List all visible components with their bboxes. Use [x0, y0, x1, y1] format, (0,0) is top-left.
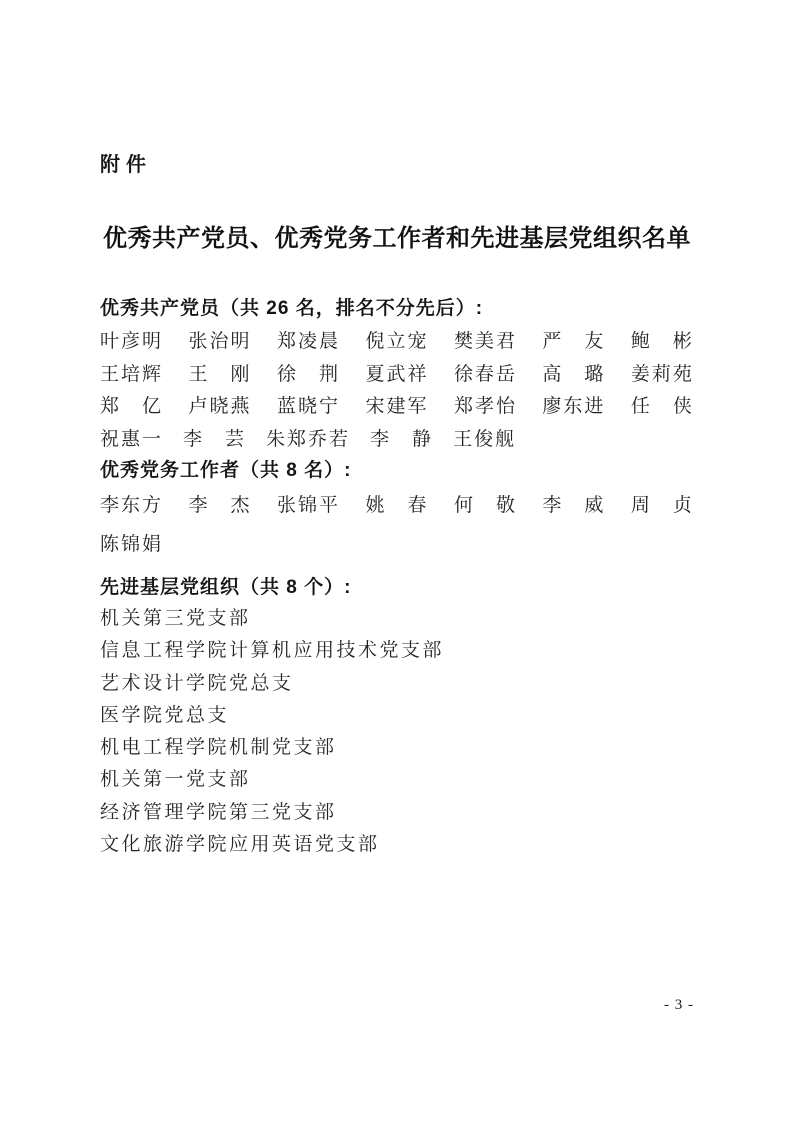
- person-name: 张锦平: [277, 490, 340, 517]
- name-row: 李东方 李 杰 张锦平 姚 春 何 敬 李 威 周 贞: [100, 490, 694, 517]
- org-list-item: 机关第一党支部: [100, 764, 694, 791]
- name-row: 祝惠一 李 芸 朱郑乔若 李 静 王俊舰: [100, 424, 694, 451]
- page-number: - 3 -: [100, 997, 694, 1014]
- attachment-label: 附件: [100, 148, 694, 177]
- person-name: 樊美君: [454, 326, 517, 353]
- person-name: 祝惠一: [100, 424, 163, 451]
- section-heading-party-workers: 优秀党务工作者（共 8 名）:: [100, 455, 694, 482]
- person-name: 李东方: [100, 490, 163, 517]
- person-name: 李 杰: [188, 490, 251, 517]
- org-list-item: 经济管理学院第三党支部: [100, 797, 694, 824]
- person-name: 夏武祥: [365, 359, 428, 386]
- person-name: 陈锦娟: [100, 529, 163, 556]
- person-name: 王培辉: [100, 359, 163, 386]
- person-name: 徐 荆: [277, 359, 340, 386]
- person-name: 叶彦明: [100, 326, 163, 353]
- person-name: 郑凌晨: [277, 326, 340, 353]
- name-row: 陈锦娟: [100, 529, 694, 556]
- person-name: 王俊舰: [453, 424, 516, 451]
- org-list-item: 机电工程学院机制党支部: [100, 732, 694, 759]
- org-list-item: 医学院党总支: [100, 700, 694, 727]
- person-name: 姜莉苑: [631, 359, 694, 386]
- person-name: 李 芸: [183, 424, 246, 451]
- person-name: 鲍 彬: [631, 326, 694, 353]
- person-name: 卢晓燕: [188, 391, 251, 418]
- person-name: 徐春岳: [454, 359, 517, 386]
- document-page: 附件 优秀共产党员、优秀党务工作者和先进基层党组织名单 优秀共产党员（共 26 …: [0, 0, 794, 1123]
- org-list-item: 机关第三党支部: [100, 603, 694, 630]
- org-list-item: 信息工程学院计算机应用技术党支部: [100, 635, 694, 662]
- person-name: 李 威: [542, 490, 605, 517]
- person-name: 蓝晓宁: [277, 391, 340, 418]
- name-row: 郑 亿 卢晓燕 蓝晓宁 宋建军 郑孝怡 廖东进 任 侠: [100, 391, 694, 418]
- org-list-item: 艺术设计学院党总支: [100, 668, 694, 695]
- name-row: 王培辉 王 刚 徐 荆 夏武祥 徐春岳 高 璐 姜莉苑: [100, 359, 694, 386]
- person-name: 严 友: [542, 326, 605, 353]
- section-heading-party-orgs: 先进基层党组织（共 8 个）:: [100, 572, 694, 599]
- person-name: 廖东进: [542, 391, 605, 418]
- document-title: 优秀共产党员、优秀党务工作者和先进基层党组织名单: [100, 218, 694, 253]
- person-name: 郑孝怡: [454, 391, 517, 418]
- person-name: 张治明: [188, 326, 251, 353]
- person-name: 周 贞: [631, 490, 694, 517]
- person-name: 任 侠: [631, 391, 694, 418]
- person-name: 高 璐: [542, 359, 605, 386]
- person-name: 宋建军: [365, 391, 428, 418]
- person-name: 李 静: [370, 424, 433, 451]
- name-row: 叶彦明 张治明 郑凌晨 倪立宠 樊美君 严 友 鲍 彬: [100, 326, 694, 353]
- person-name: 朱郑乔若: [266, 424, 350, 451]
- person-name: 王 刚: [188, 359, 251, 386]
- person-name: 倪立宠: [365, 326, 428, 353]
- org-list-item: 文化旅游学院应用英语党支部: [100, 829, 694, 856]
- person-name: 何 敬: [454, 490, 517, 517]
- person-name: 姚 春: [365, 490, 428, 517]
- person-name: 郑 亿: [100, 391, 163, 418]
- section-heading-party-members: 优秀共产党员（共 26 名，排名不分先后）:: [100, 293, 694, 320]
